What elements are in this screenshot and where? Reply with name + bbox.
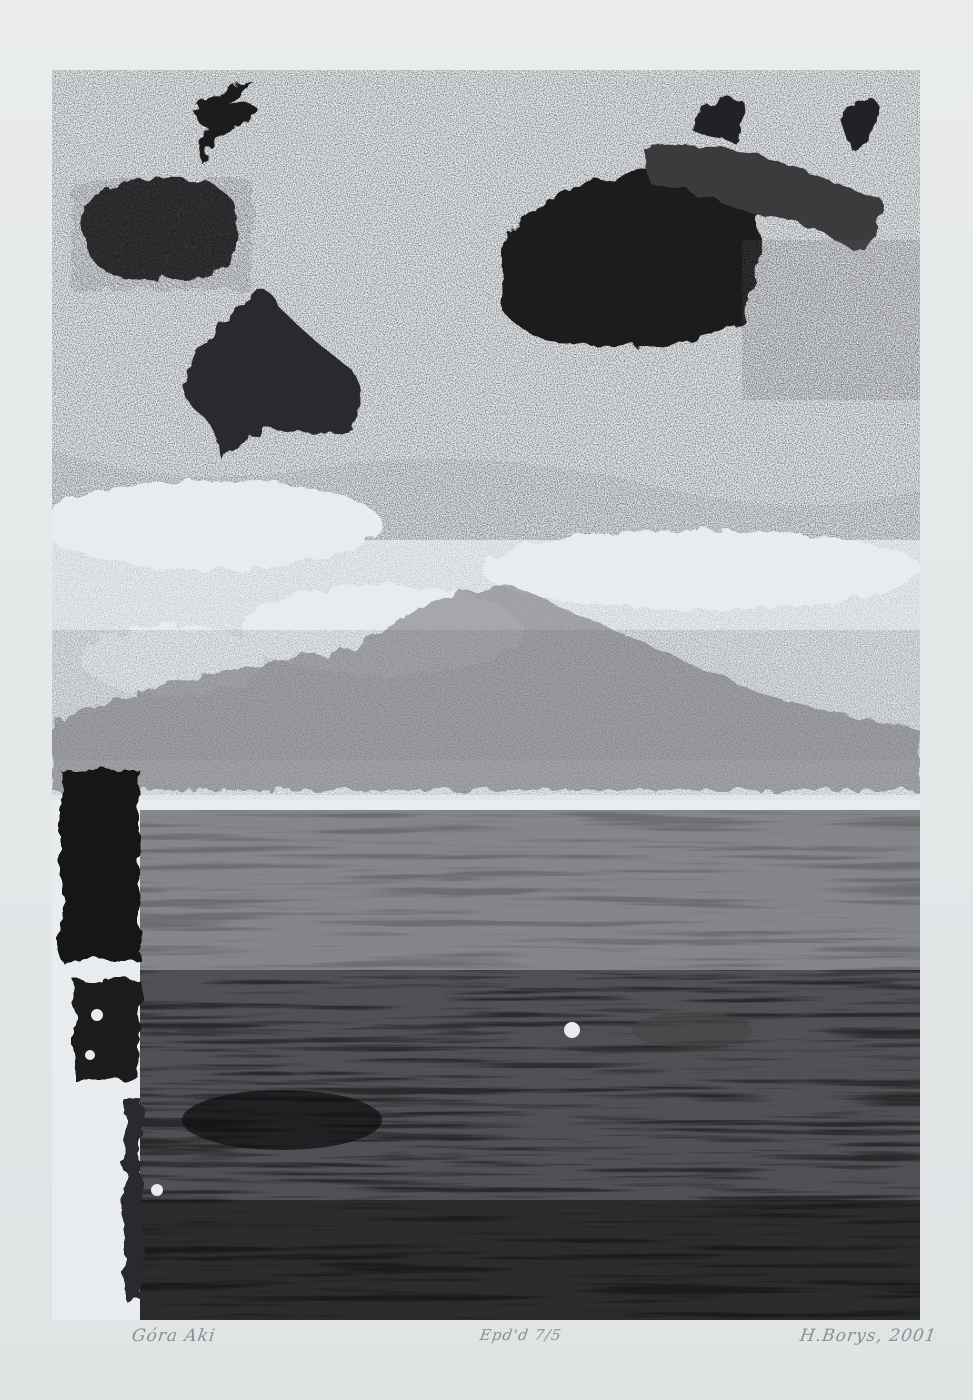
print-image: [52, 70, 920, 1320]
artist-signature: H.Borys, 2001: [799, 1326, 938, 1346]
edition-note: Epd'd 7/5: [479, 1326, 563, 1344]
bison-figure: [72, 179, 252, 290]
wood-grain-field: [140, 810, 920, 1320]
artwork-title: Góra Aki: [131, 1326, 217, 1346]
